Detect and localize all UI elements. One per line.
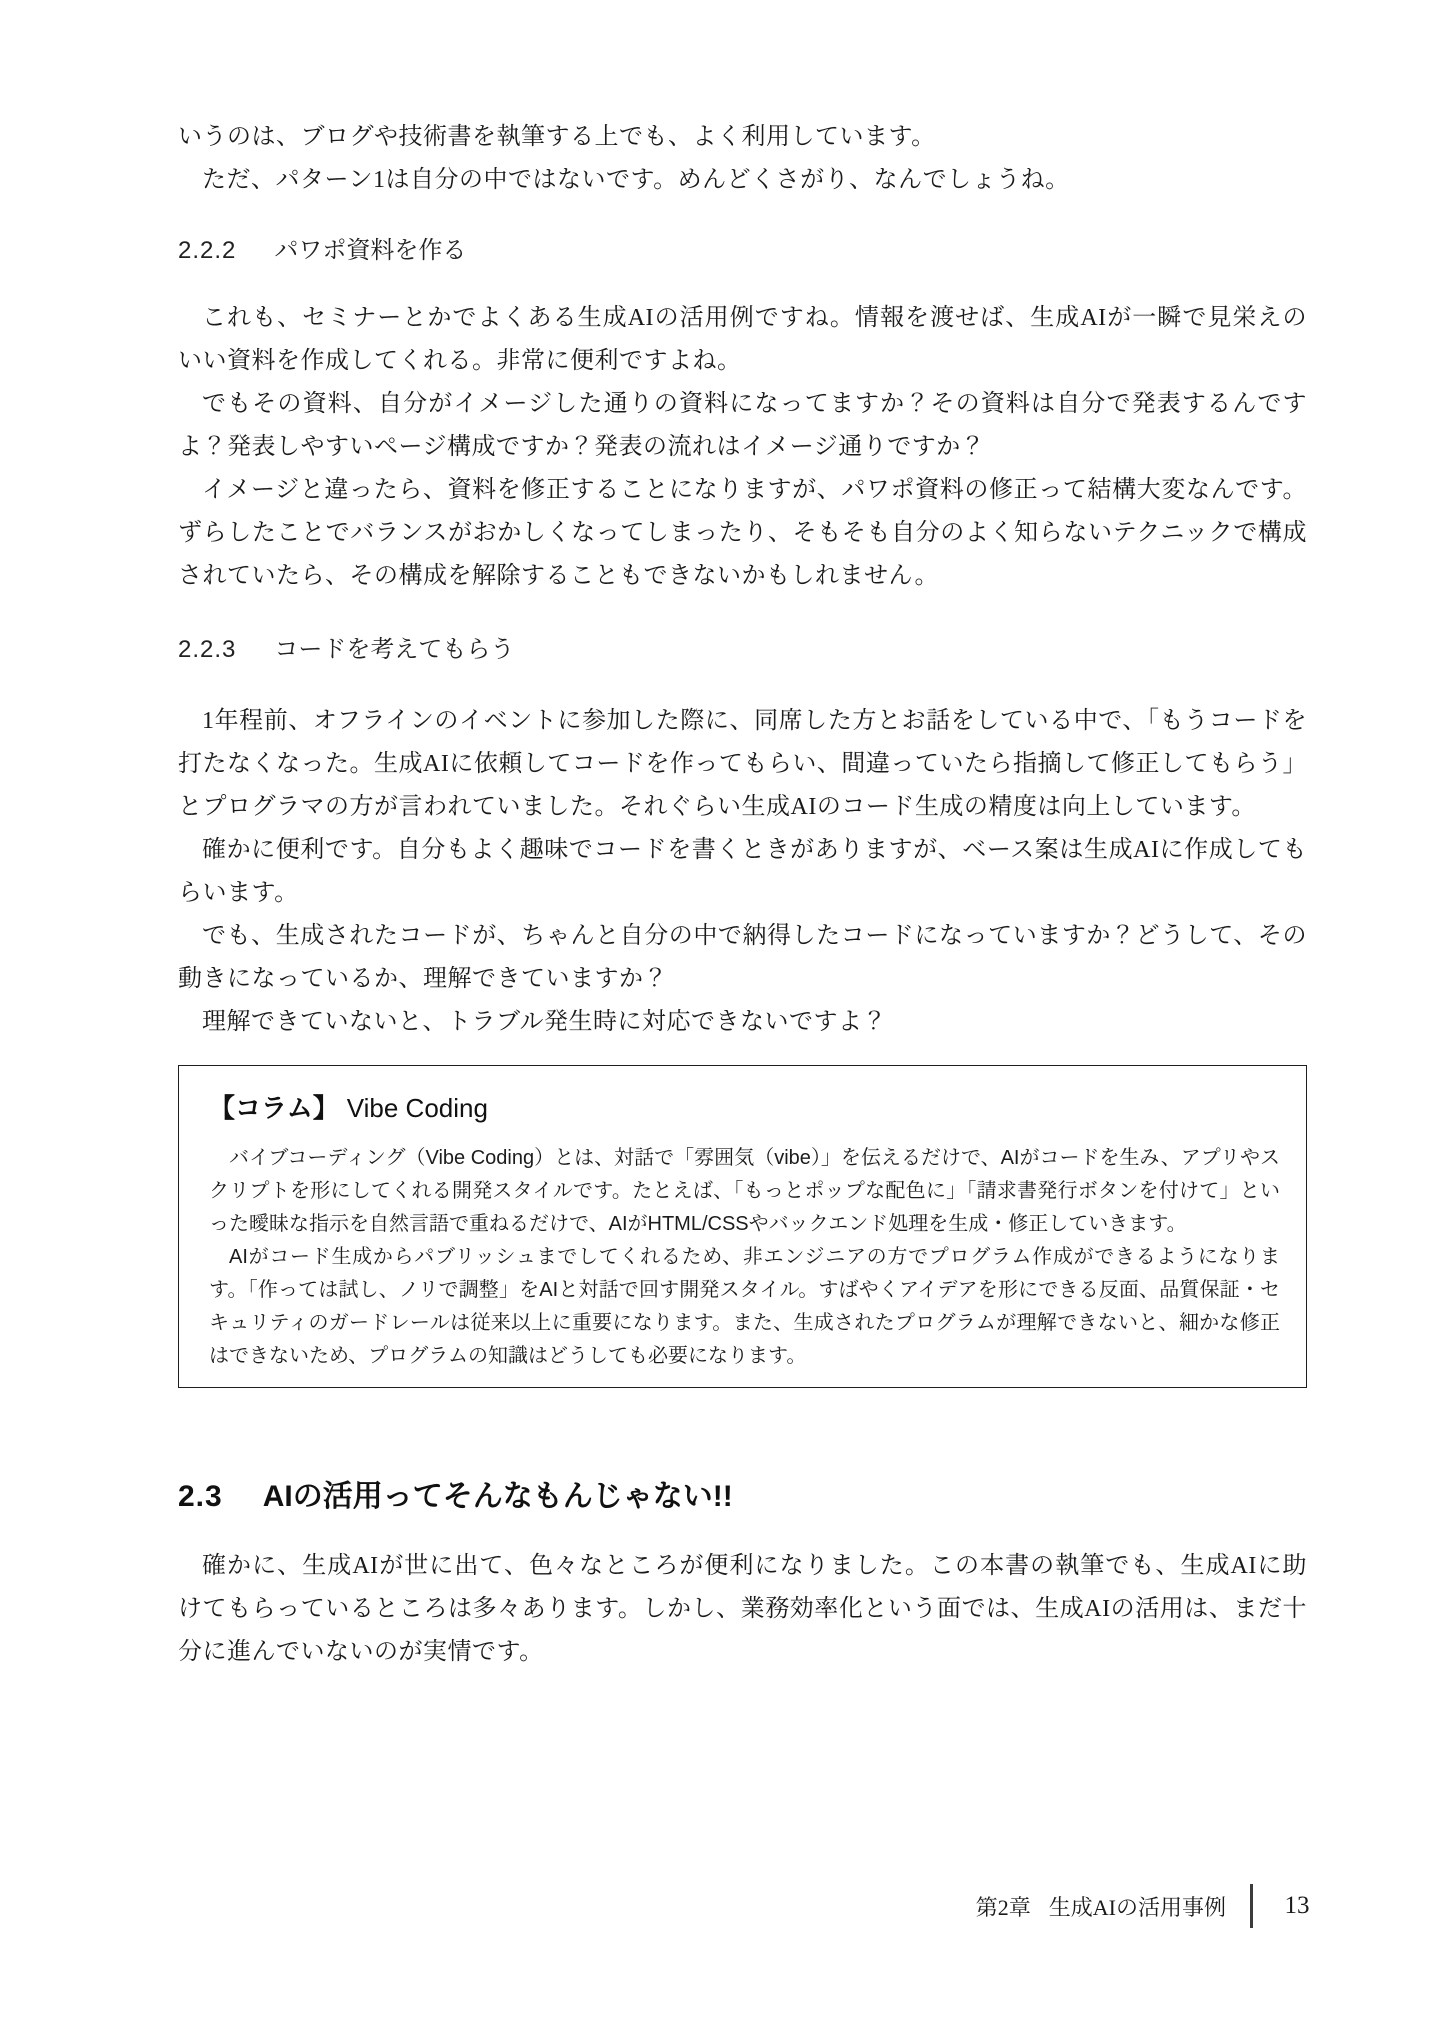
column-title: 【コラム】Vibe Coding — [209, 1090, 1280, 1126]
paragraph: ただ、パターン1は自分の中ではないです。めんどくさがり、なんでしょうね。 — [178, 159, 1307, 202]
footer-chapter-label: 第2章 — [976, 1891, 1031, 1922]
page-footer: 第2章 生成AIの活用事例 13 — [976, 1884, 1315, 1928]
paragraph: 確かに便利です。自分もよく趣味でコードを書くときがありますが、ベース案は生成AI… — [178, 829, 1307, 915]
paragraph: イメージと違ったら、資料を修正することになりますが、パワポ資料の修正って結構大変… — [178, 469, 1307, 598]
paragraph: 理解できていないと、トラブル発生時に対応できないですよ？ — [178, 1001, 1307, 1044]
paragraph: 確かに、生成AIが世に出て、色々なところが便利になりました。この本書の執筆でも、… — [178, 1545, 1307, 1674]
section-number: 2.2.3 — [178, 636, 236, 663]
section-heading-2-3: 2.3AIの活用ってそんなもんじゃない!! — [178, 1477, 1307, 1517]
section-heading-2-2-2: 2.2.2パワポ資料を作る — [178, 235, 1307, 266]
section-title: パワポ資料を作る — [274, 237, 466, 264]
book-page: いうのは、ブログや技術書を執筆する上でも、よく利用しています。 ただ、パターン1… — [0, 0, 1433, 2024]
section-number: 2.2.2 — [178, 237, 236, 264]
column-box-vibe-coding: 【コラム】Vibe Coding バイブコーディング（Vibe Coding）と… — [178, 1065, 1307, 1388]
paragraph: でもその資料、自分がイメージした通りの資料になってますか？その資料は自分で発表す… — [178, 383, 1307, 469]
footer-chapter-title: 生成AIの活用事例 — [1049, 1891, 1226, 1922]
paragraph: 1年程前、オフラインのイベントに参加した際に、同席した方とお話をしている中で、「… — [178, 700, 1307, 829]
footer-divider — [1250, 1884, 1253, 1928]
section-title: AIの活用ってそんなもんじゃない!! — [263, 1480, 733, 1513]
column-paragraph: AIがコード生成からパブリッシュまでしてくれるため、非エンジニアの方でプログラム… — [209, 1241, 1280, 1373]
section-heading-2-2-3: 2.2.3コードを考えてもらう — [178, 634, 1307, 665]
column-paragraph: バイブコーディング（Vibe Coding）とは、対話で「雰囲気（vibe）」を… — [209, 1142, 1280, 1241]
paragraph: でも、生成されたコードが、ちゃんと自分の中で納得したコードになっていますか？どう… — [178, 915, 1307, 1001]
column-title-latin: Vibe Coding — [347, 1093, 488, 1123]
section-title: コードを考えてもらう — [274, 636, 514, 663]
paragraph-continuation: いうのは、ブログや技術書を執筆する上でも、よく利用しています。 — [178, 116, 1307, 159]
page-number: 13 — [1279, 1892, 1315, 1920]
paragraph: これも、セミナーとかでよくある生成AIの活用例ですね。情報を渡せば、生成AIが一… — [178, 297, 1307, 383]
section-number: 2.3 — [178, 1480, 223, 1513]
column-title-bracket: 【コラム】 — [209, 1093, 339, 1123]
